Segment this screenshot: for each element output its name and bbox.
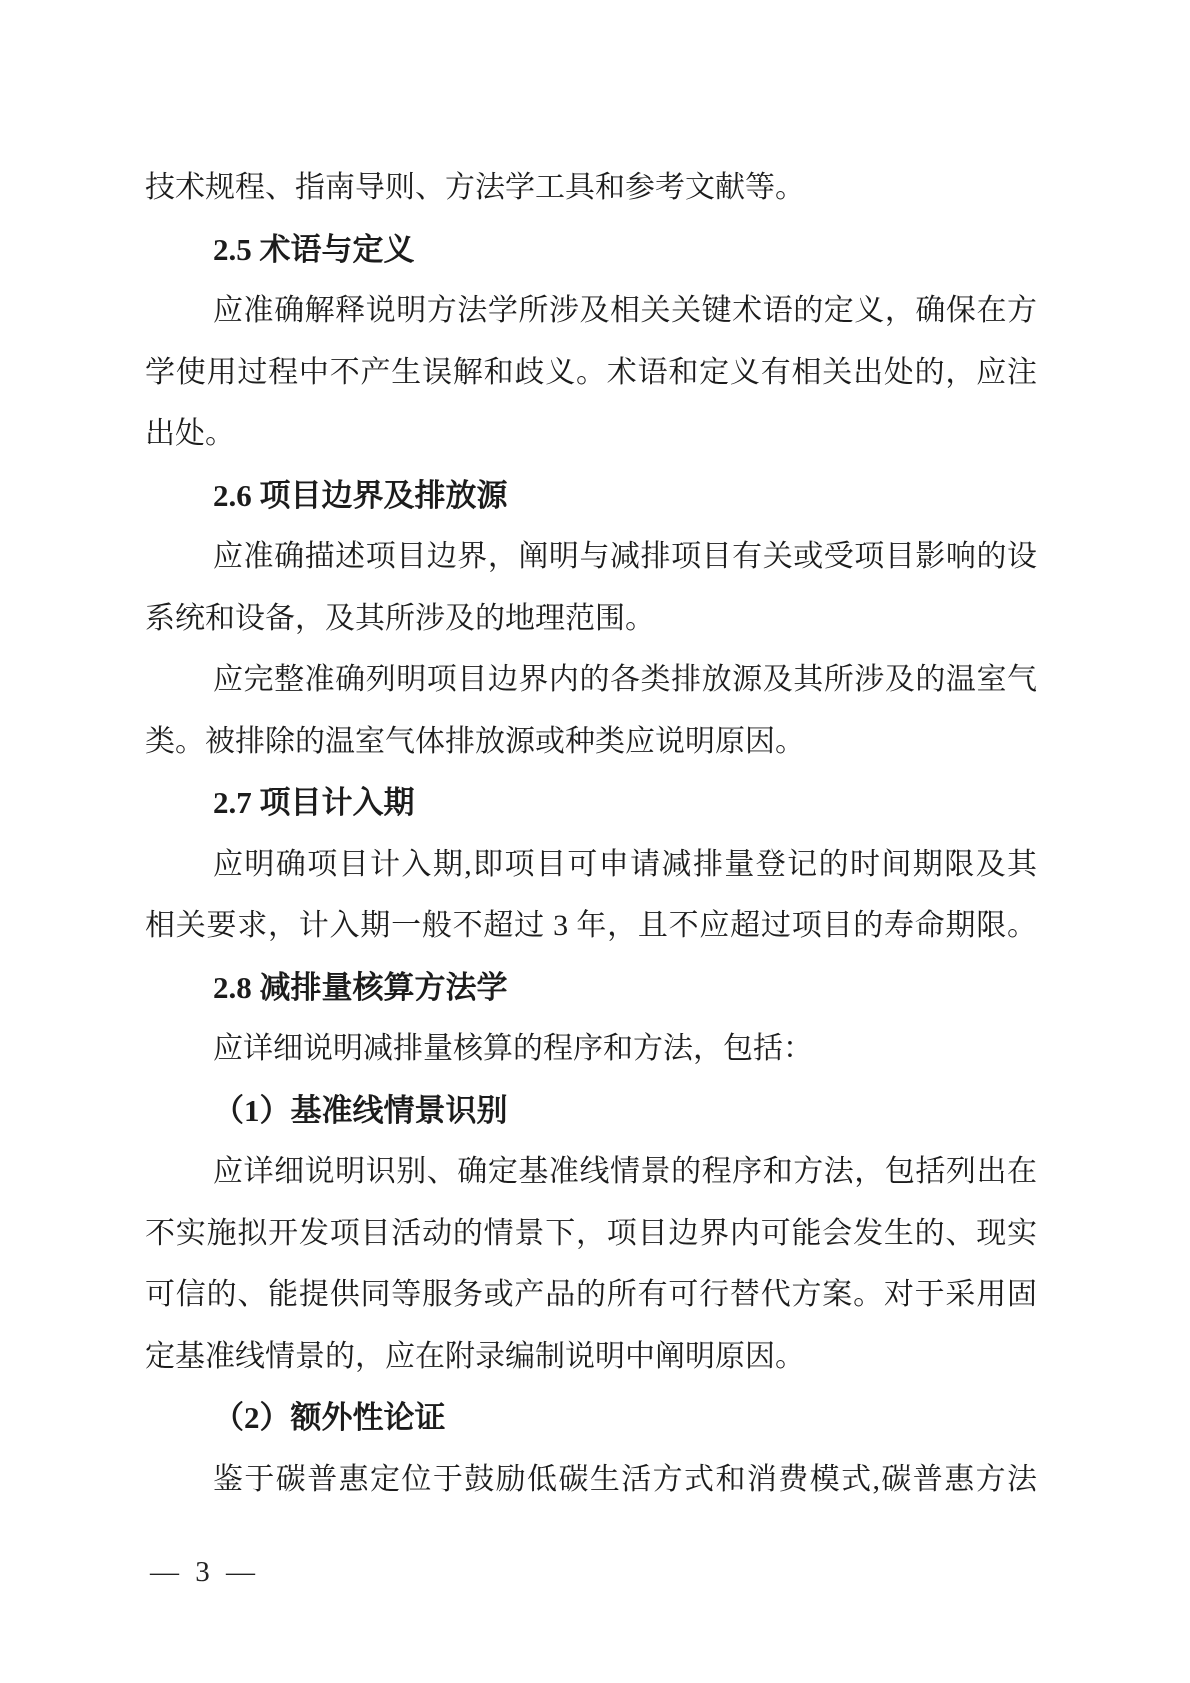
body-line: 应准确描述项目边界，阐明与减排项目有关或受项目影响的设施、 bbox=[145, 526, 1037, 588]
subheading-2: （2）额外性论证 bbox=[145, 1387, 1037, 1449]
body-line: 应完整准确列明项目边界内的各类排放源及其所涉及的温室气体种 bbox=[145, 649, 1037, 711]
body-line: 出处。 bbox=[145, 403, 1037, 465]
body-line: 学使用过程中不产生误解和歧义。术语和定义有相关出处的，应注明 bbox=[145, 342, 1037, 404]
body-line: 技术规程、指南导则、方法学工具和参考文献等。 bbox=[145, 157, 1037, 219]
heading-2-8: 2.8 减排量核算方法学 bbox=[145, 957, 1037, 1019]
heading-2-5: 2.5 术语与定义 bbox=[145, 219, 1037, 281]
body-line: 类。被排除的温室气体排放源或种类应说明原因。 bbox=[145, 711, 1037, 773]
heading-2-6: 2.6 项目边界及排放源 bbox=[145, 465, 1037, 527]
body-line: 应详细说明识别、确定基准线情景的程序和方法，包括列出在 bbox=[145, 1141, 1037, 1203]
body-line: 鉴于碳普惠定位于鼓励低碳生活方式和消费模式,碳普惠方法 bbox=[145, 1449, 1037, 1511]
heading-2-7: 2.7 项目计入期 bbox=[145, 772, 1037, 834]
body-line: 系统和设备，及其所涉及的地理范围。 bbox=[145, 588, 1037, 650]
body-line: 不实施拟开发项目活动的情景下，项目边界内可能会发生的、现实 bbox=[145, 1203, 1037, 1265]
body-line: 应明确项目计入期,即项目可申请减排量登记的时间期限及其 bbox=[145, 834, 1037, 896]
document-page: 技术规程、指南导则、方法学工具和参考文献等。 2.5 术语与定义 应准确解释说明… bbox=[0, 0, 1190, 1683]
body-line: 相关要求，计入期一般不超过 3 年，且不应超过项目的寿命期限。 bbox=[145, 895, 1037, 957]
body-line: 定基准线情景的，应在附录编制说明中阐明原因。 bbox=[145, 1326, 1037, 1388]
body-line: 可信的、能提供同等服务或产品的所有可行替代方案。对于采用固 bbox=[145, 1264, 1037, 1326]
document-text-block: 技术规程、指南导则、方法学工具和参考文献等。 2.5 术语与定义 应准确解释说明… bbox=[145, 157, 1037, 1510]
subheading-1: （1）基准线情景识别 bbox=[145, 1080, 1037, 1142]
body-line: 应详细说明减排量核算的程序和方法，包括： bbox=[145, 1018, 1037, 1080]
body-line: 应准确解释说明方法学所涉及相关关键术语的定义，确保在方法 bbox=[145, 280, 1037, 342]
page-number: — 3 — bbox=[150, 1542, 255, 1604]
